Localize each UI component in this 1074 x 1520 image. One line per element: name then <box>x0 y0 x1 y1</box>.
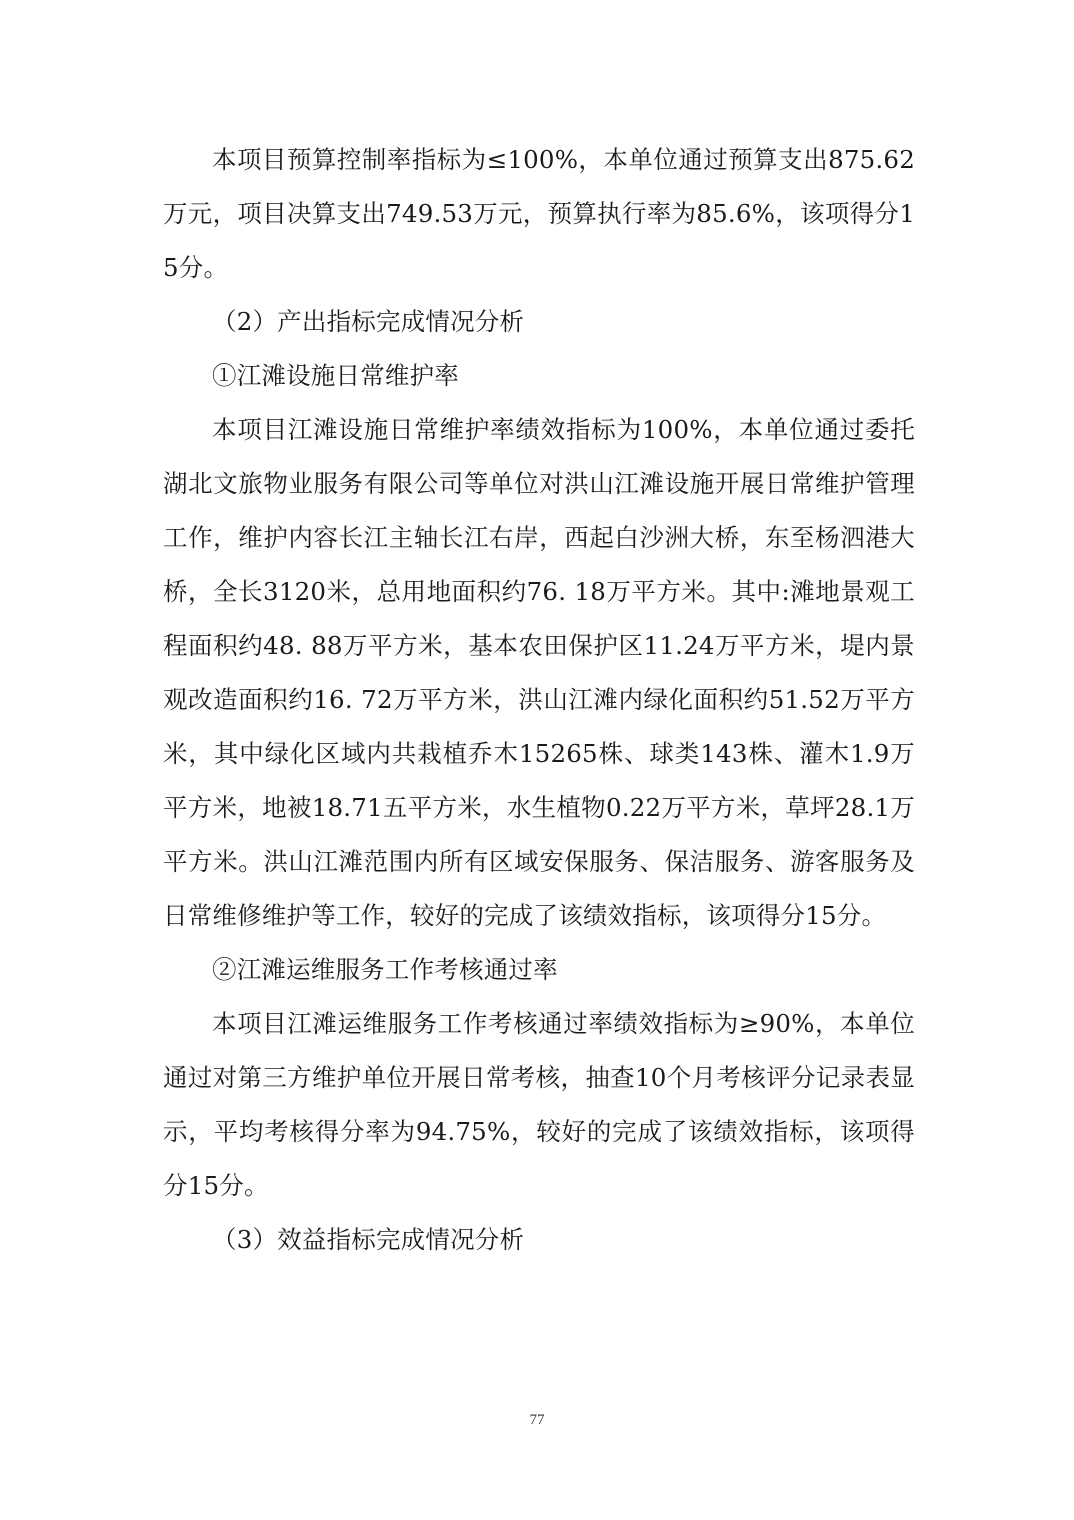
paragraph-assessment-pass-rate: 本项目江滩运维服务工作考核通过率绩效指标为≥90%，本单位通过对第三方维护单位开… <box>163 997 915 1213</box>
paragraph-maintenance-rate: 本项目江滩设施日常维护率绩效指标为100%，本单位通过委托湖北文旅物业服务有限公… <box>163 403 915 943</box>
document-page-body: 本项目预算控制率指标为≤100%，本单位通过预算支出875.62万元，项目决算支… <box>163 133 915 1267</box>
subheading-maintenance-rate: ①江滩设施日常维护率 <box>163 349 915 403</box>
section-heading-benefit-indicators: （3）效益指标完成情况分析 <box>163 1213 915 1267</box>
subheading-assessment-pass-rate: ②江滩运维服务工作考核通过率 <box>163 943 915 997</box>
section-heading-output-indicators: （2）产出指标完成情况分析 <box>163 295 915 349</box>
paragraph-budget-control: 本项目预算控制率指标为≤100%，本单位通过预算支出875.62万元，项目决算支… <box>163 133 915 295</box>
page-number: 77 <box>0 1412 1074 1429</box>
